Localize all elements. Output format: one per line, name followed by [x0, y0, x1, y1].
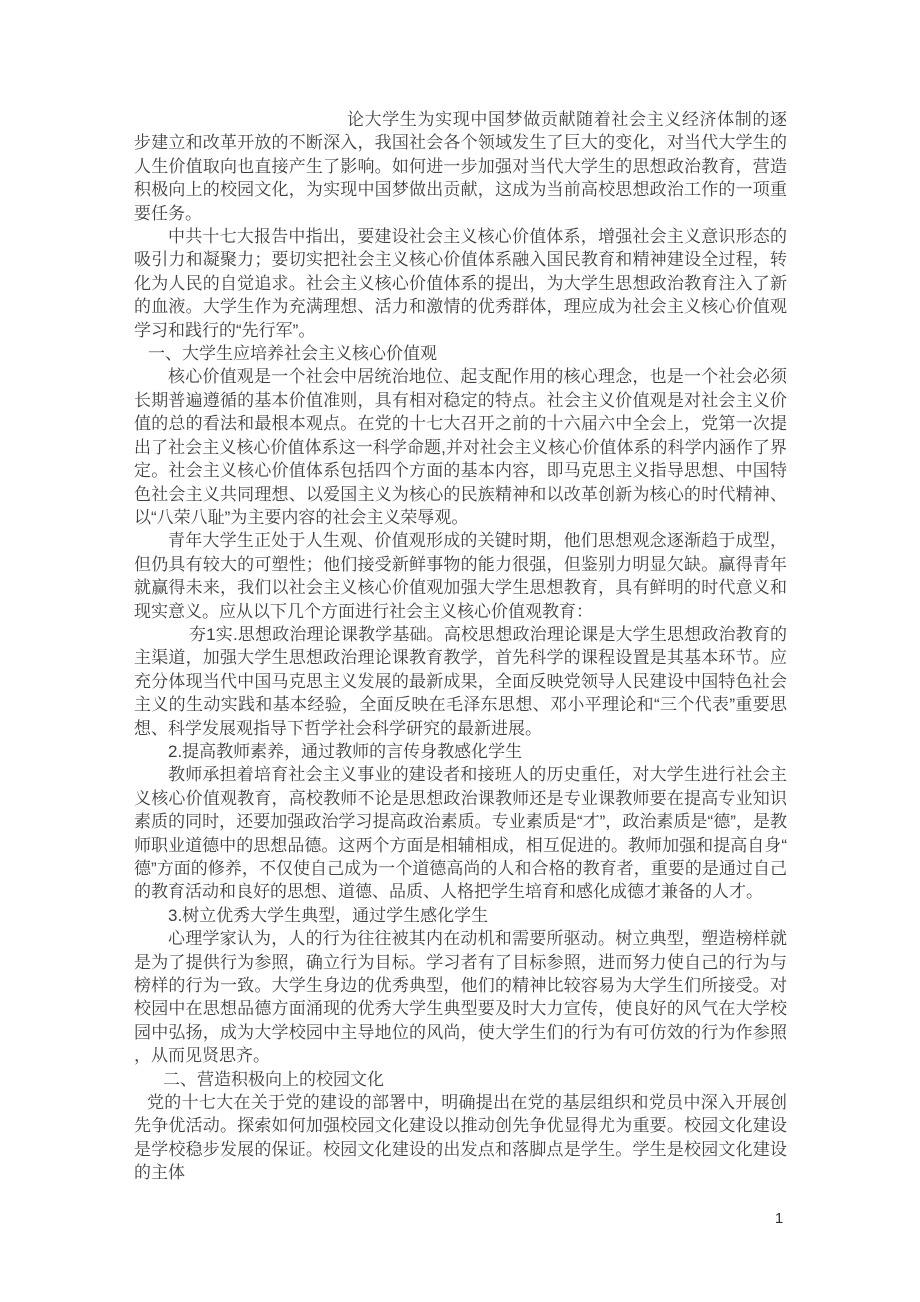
paragraph: 党的十七大在关于党的建设的部署中，明确提出在党的基层组织和党员中深入开展创先争优…	[134, 1091, 787, 1185]
paragraph: 教师承担着培育社会主义事业的建设者和接班人的历史重任，对大学生进行社会主义核心价…	[134, 763, 787, 903]
page-number: 1	[769, 1210, 789, 1227]
section-heading-2: 二、营造积极向上的校园文化	[134, 1068, 787, 1091]
numbered-item-2-heading: 2.提高教师素养，通过教师的言传身教感化学生	[134, 740, 787, 763]
paragraph: 心理学家认为，人的行为往往被其内在动机和需要所驱动。树立典型，塑造榜样就是为了提…	[134, 927, 787, 1067]
paragraph: 青年大学生正处于人生观、价值观形成的关键时期，他们思想观念逐渐趋于成型，但仍具有…	[134, 529, 787, 623]
paragraph: 核心价值观是一个社会中居统治地位、起支配作用的核心理念，也是一个社会必须长期普遍…	[134, 365, 787, 529]
section-heading-1: 一、大学生应培养社会主义核心价值观	[134, 342, 787, 365]
title-and-intro-paragraph: 论大学生为实现中国梦做贡献随着社会主义经济体制的逐步建立和改革开放的不断深入，我…	[134, 108, 787, 225]
document-body: 论大学生为实现中国梦做贡献随着社会主义经济体制的逐步建立和改革开放的不断深入，我…	[134, 108, 787, 1185]
paragraph: 中共十七大报告中指出，要建设社会主义核心价值体系，增强社会主义意识形态的吸引力和…	[134, 225, 787, 342]
numbered-item-1: 夯1实.思想政治理论课教学基础。高校思想政治理论课是大学生思想政治教育的主渠道，…	[134, 623, 787, 740]
document-page: 论大学生为实现中国梦做贡献随着社会主义经济体制的逐步建立和改革开放的不断深入，我…	[0, 0, 920, 1302]
numbered-item-3-heading: 3.树立优秀大学生典型，通过学生感化学生	[134, 904, 787, 927]
